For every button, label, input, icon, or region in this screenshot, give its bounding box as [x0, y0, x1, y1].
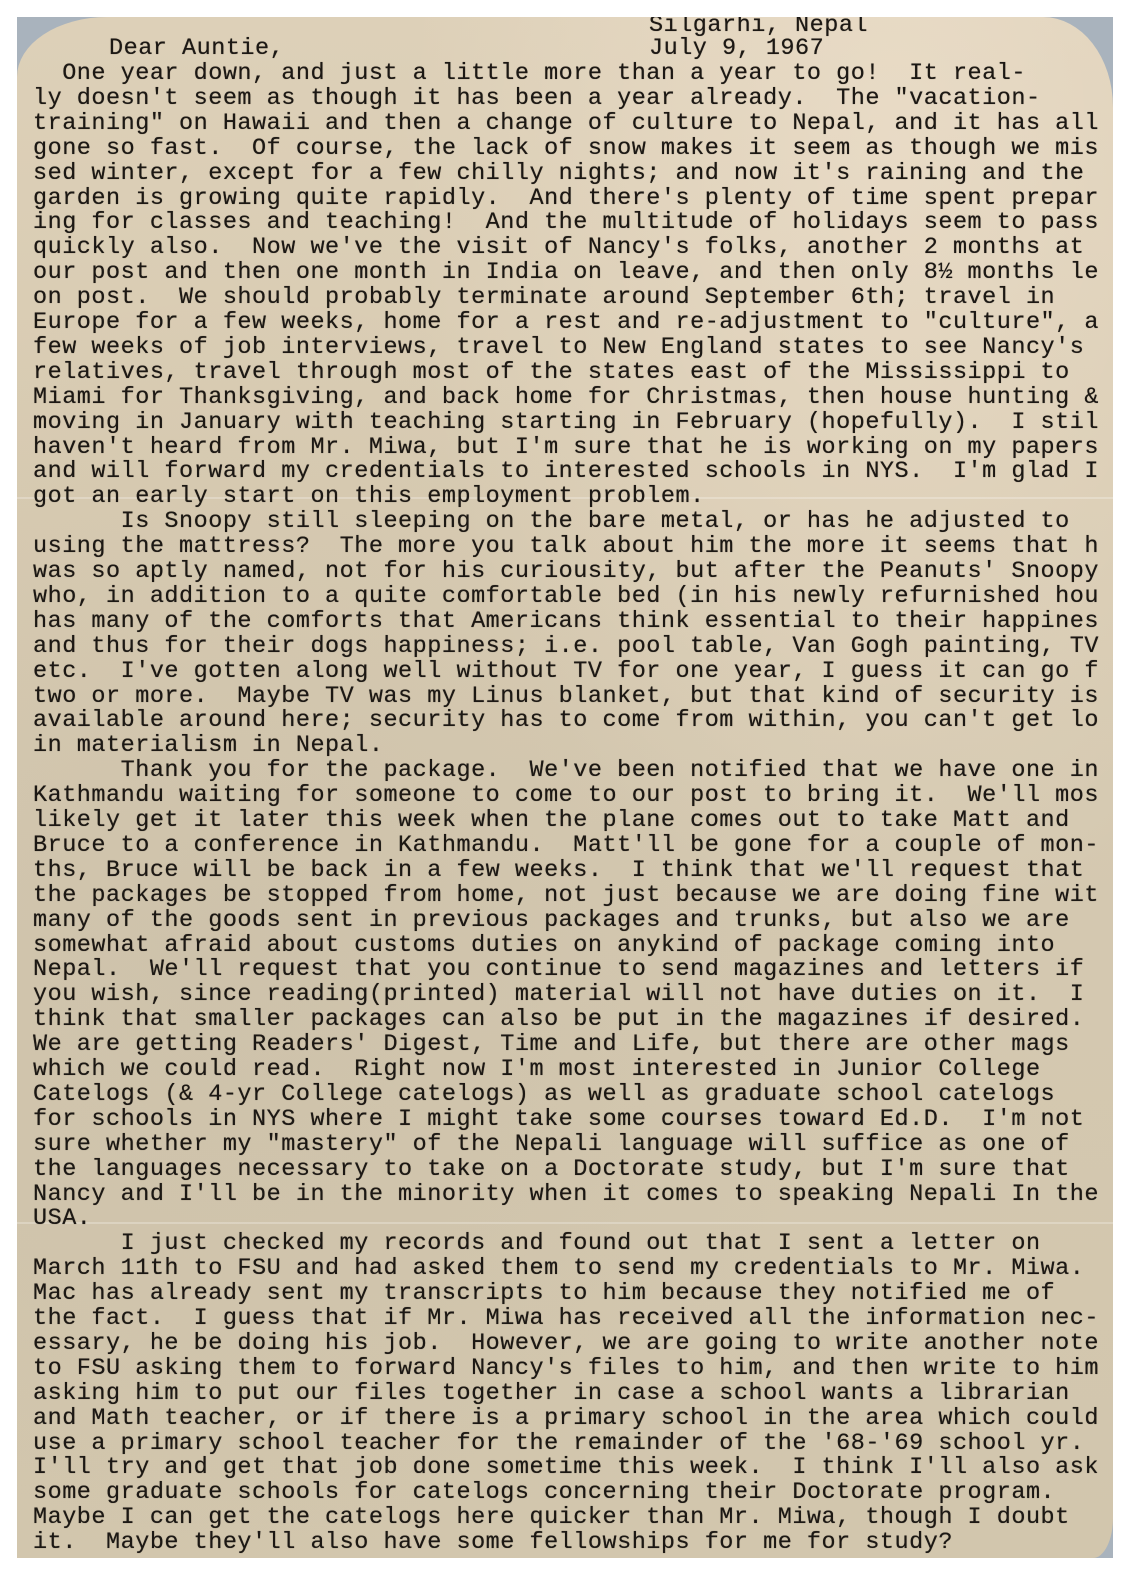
letter-line: One year down, and just a little more th…: [33, 61, 1026, 86]
letter-line: ing for classes and teaching! And the mu…: [33, 210, 1099, 235]
letter-line: asking him to put our files together in …: [33, 1381, 1070, 1406]
letter-line: and thus for their dogs happiness; i.e. …: [33, 634, 1099, 659]
letter-line: haven't heard from Mr. Miwa, but I'm sur…: [33, 435, 1099, 460]
letter-line: some graduate schools for catelogs conce…: [33, 1480, 1055, 1505]
letter-line: We are getting Readers' Digest, Time and…: [33, 1032, 1070, 1057]
letter-line: somewhat afraid about customs duties on …: [33, 933, 1055, 958]
letter-date: July 9, 1967: [649, 36, 824, 61]
letter-line: it. Maybe they'll also have some fellows…: [33, 1530, 953, 1555]
letter-line: the packages be stopped from home, not j…: [33, 883, 1099, 908]
letter-line: sure whether my "mastery" of the Nepali …: [33, 1132, 1070, 1157]
letter-line: Nancy and I'll be in the minority when i…: [33, 1182, 1099, 1207]
letter-line: for schools in NYS where I might take so…: [33, 1107, 1084, 1132]
letter-line: ly doesn't seem as though it has been a …: [33, 86, 1041, 111]
letter-line: in materialism in Nepal.: [33, 733, 383, 758]
letter-line: got an early start on this employment pr…: [33, 484, 705, 509]
letter-line: USA.: [33, 1206, 91, 1231]
letter-body: Silgarhi, Nepal Dear Auntie, July 9, 196…: [17, 17, 1113, 1558]
letter-line: sed winter, except for a few chilly nigh…: [33, 161, 1084, 186]
letter-line: two or more. Maybe TV was my Linus blank…: [33, 684, 1099, 709]
letter-line: was so aptly named, not for his curiousi…: [33, 559, 1099, 584]
letter-line: to FSU asking them to forward Nancy's fi…: [33, 1356, 1099, 1381]
letter-line: Bruce to a conference in Kathmandu. Matt…: [33, 833, 1099, 858]
letter-line: Kathmandu waiting for someone to come to…: [33, 783, 1099, 808]
letter-line: March 11th to FSU and had asked them to …: [33, 1256, 1084, 1281]
letter-line: Catelogs (& 4-yr College catelogs) as we…: [33, 1082, 1055, 1107]
letter-line: gone so fast. Of course, the lack of sno…: [33, 136, 1099, 161]
letter-line: training" on Hawaii and then a change of…: [33, 111, 1099, 136]
letter-line: who, in addition to a quite comfortable …: [33, 584, 1099, 609]
letter-line: essary, he be doing his job. However, we…: [33, 1331, 1099, 1356]
letter-line: Mac has already sent my transcripts to h…: [33, 1281, 1055, 1306]
letter-line: relatives, travel through most of the st…: [33, 360, 1070, 385]
letter-line: Thank you for the package. We've been no…: [33, 758, 1099, 783]
letter-line: you wish, since reading(printed) materia…: [33, 982, 1084, 1007]
letter-line: Miami for Thanksgiving, and back home fo…: [33, 385, 1099, 410]
letter-line: ths, Bruce will be back in a few weeks. …: [33, 858, 1084, 883]
letter-line: use a primary school teacher for the rem…: [33, 1431, 1084, 1456]
letter-line: few weeks of job interviews, travel to N…: [33, 335, 1084, 360]
letter-salutation: Dear Auntie,: [109, 36, 284, 61]
letter-line: and will forward my credentials to inter…: [33, 459, 1099, 484]
letter-line: on post. We should probably terminate ar…: [33, 285, 1055, 310]
letter-line: Maybe I can get the catelogs here quicke…: [33, 1505, 1070, 1530]
letter-line: using the mattress? The more you talk ab…: [33, 534, 1099, 559]
letter-line: etc. I've gotten along well without TV f…: [33, 659, 1099, 684]
letter-line: many of the goods sent in previous packa…: [33, 908, 1070, 933]
letter-line: has many of the comforts that Americans …: [33, 609, 1099, 634]
letter-line: moving in January with teaching starting…: [33, 410, 1099, 435]
letter-line: likely get it later this week when the p…: [33, 808, 1070, 833]
letter-line: quickly also. Now we've the visit of Nan…: [33, 235, 1084, 260]
letter-line: and Math teacher, or if there is a prima…: [33, 1406, 1099, 1431]
letter-line: Is Snoopy still sleeping on the bare met…: [33, 509, 1070, 534]
letter-line: garden is growing quite rapidly. And the…: [33, 186, 1099, 211]
letter-line: Nepal. We'll request that you continue t…: [33, 957, 1084, 982]
letter-line: which we could read. Right now I'm most …: [33, 1057, 1041, 1082]
letter-line: the fact. I guess that if Mr. Miwa has r…: [33, 1306, 1099, 1331]
letter-line: Europe for a few weeks, home for a rest …: [33, 310, 1099, 335]
letter-line: I just checked my records and found out …: [33, 1231, 1041, 1256]
letter-line: I'll try and get that job done sometime …: [33, 1455, 1099, 1480]
letter-line: the languages necessary to take on a Doc…: [33, 1157, 1070, 1182]
letter-line: our post and then one month in India on …: [33, 260, 1099, 285]
letter-line: think that smaller packages can also be …: [33, 1007, 1084, 1032]
letter-line: available around here; security has to c…: [33, 708, 1099, 733]
letter-paper: Silgarhi, Nepal Dear Auntie, July 9, 196…: [17, 17, 1113, 1558]
